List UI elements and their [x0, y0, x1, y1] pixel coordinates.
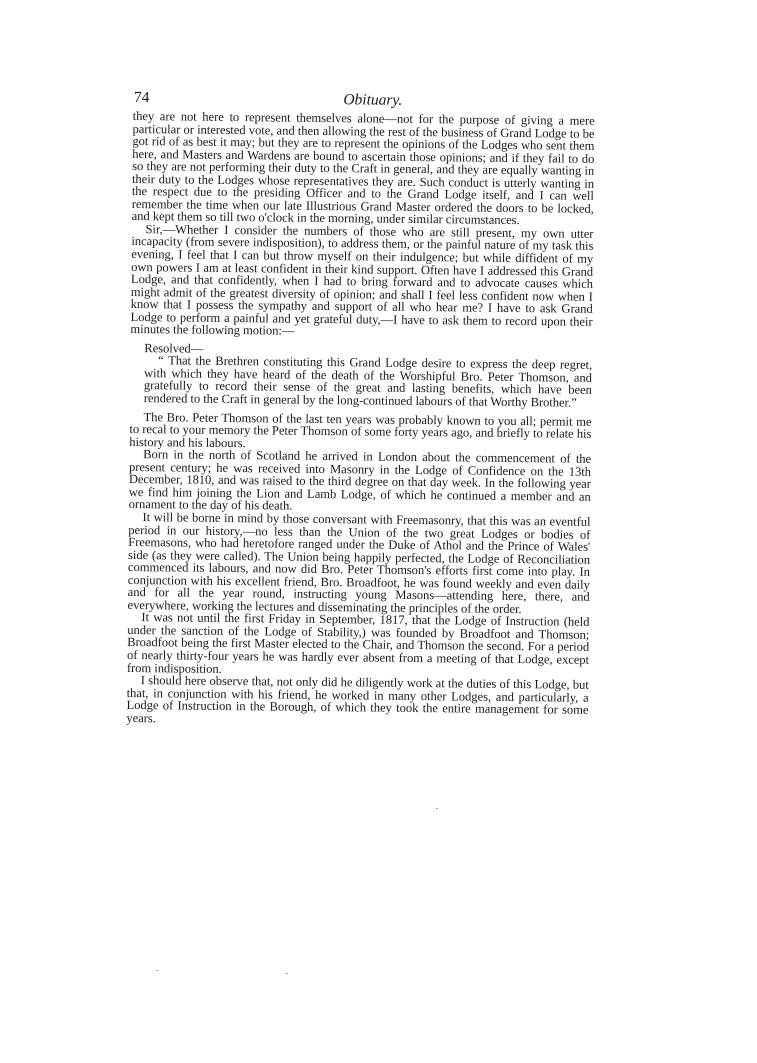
scan-speck [156, 970, 158, 971]
paragraph-sir-whether: Sir,—Whether I consider the numbers of t… [130, 223, 593, 341]
resolution-quotation: “That the Brethren constituting this Gra… [130, 354, 593, 409]
running-head: 74 Obituary. [133, 86, 595, 115]
scan-speck [436, 808, 438, 809]
paragraph-born-in-scotland: Born in the north of Scotland he arrived… [129, 448, 592, 516]
paragraph-other-lodges: I should here observe that, not only did… [126, 674, 589, 729]
paragraph-continuation: they are not here to represent themselve… [132, 110, 595, 228]
paragraph-bro-peter-thomson: The Bro. Peter Thomson of the last ten y… [129, 411, 591, 453]
body-text: they are not here to represent themselve… [126, 110, 594, 729]
scan-speck [286, 973, 288, 974]
resolution-text: That the Brethren constituting this Gran… [144, 354, 593, 410]
running-title: Obituary. [133, 88, 595, 113]
book-page: 74 Obituary. they are not here to repres… [126, 86, 595, 729]
paragraph-eventful-period: It will be borne in mind by those conver… [127, 511, 590, 616]
paragraph-lodge-of-instruction: It was not until the first Friday in Sep… [127, 611, 590, 679]
